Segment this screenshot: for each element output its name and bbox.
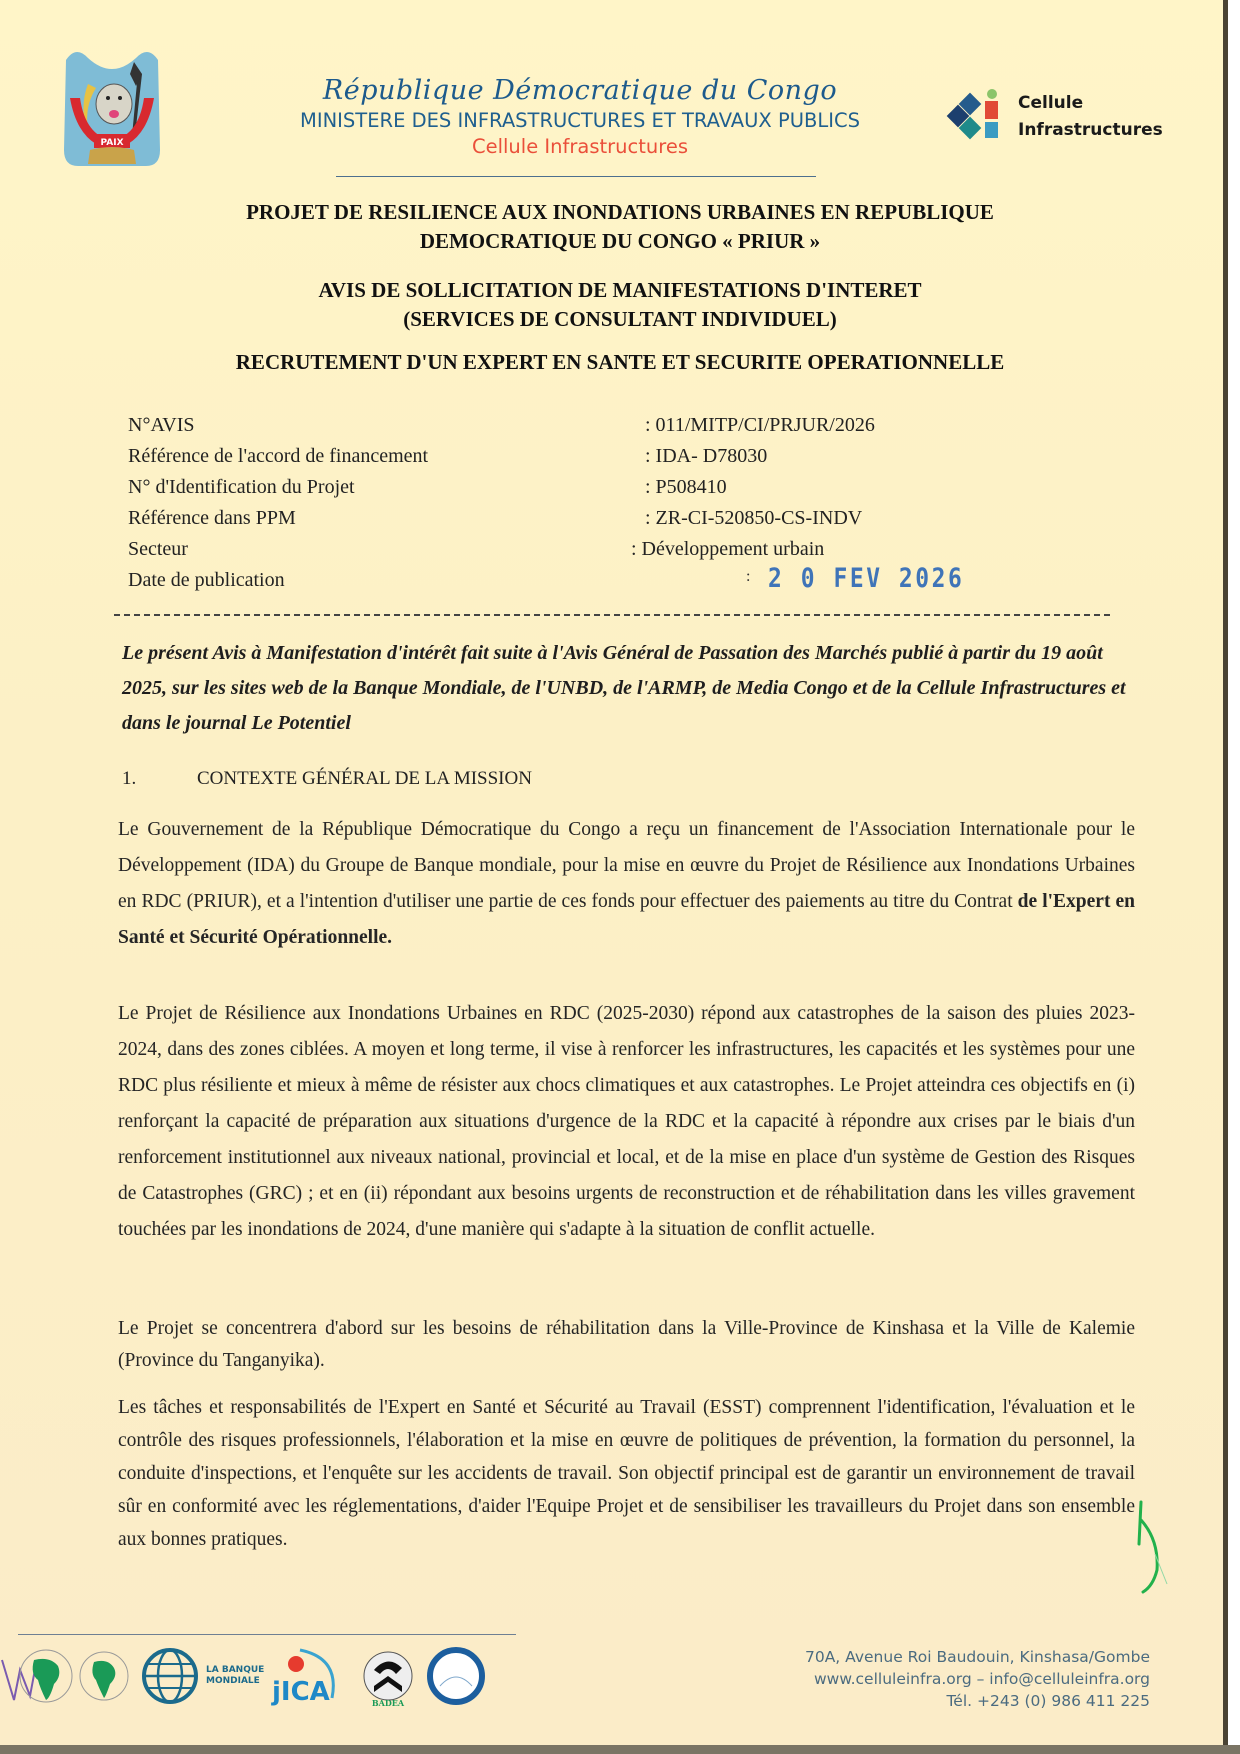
afdf-logo-icon bbox=[80, 1652, 128, 1700]
svg-text:BADEA: BADEA bbox=[372, 1698, 405, 1708]
dashed-divider bbox=[114, 614, 1110, 616]
footer-web-email[interactable]: www.celluleinfra.org – info@celluleinfra… bbox=[720, 1668, 1150, 1690]
info-row-project-id: N° d'Identification du Projet : P508410 bbox=[128, 472, 1088, 503]
paragraph-text: Le Gouvernement de la République Démocra… bbox=[118, 819, 1135, 912]
scan-margin bbox=[1233, 0, 1240, 1754]
info-row-sector: Secteur : Développement urbain bbox=[128, 534, 1088, 565]
letterhead: République Démocratique du Congo MINISTE… bbox=[250, 74, 910, 160]
svg-text:OFID: OFID bbox=[444, 1655, 469, 1665]
section-title: CONTEXTE GÉNÉRAL DE LA MISSION bbox=[197, 768, 532, 789]
date-stamp: 2 0 FEV 2026 bbox=[768, 563, 964, 594]
world-bank-logo-icon: LA BANQUE MONDIALE bbox=[144, 1650, 264, 1702]
section-heading: 1.CONTEXTE GÉNÉRAL DE LA MISSION bbox=[122, 768, 532, 790]
info-row-ppm: Référence dans PPM : ZR-CI-520850-CS-IND… bbox=[128, 503, 1088, 534]
info-row-financing: Référence de l'accord de financement : I… bbox=[128, 441, 1088, 472]
info-value: : P508410 bbox=[645, 472, 727, 503]
info-label: Référence de l'accord de financement bbox=[128, 441, 428, 472]
info-row-date: Date de publication : 2 0 FEV 2026 bbox=[128, 565, 1088, 596]
info-label: Date de publication bbox=[128, 565, 285, 596]
section-number: 1. bbox=[122, 768, 197, 790]
paragraph-expert-tasks: Les tâches et responsabilités de l'Exper… bbox=[118, 1391, 1135, 1556]
svg-text:LA BANQUE: LA BANQUE bbox=[206, 1665, 264, 1675]
ofid-logo-icon: OFID bbox=[430, 1650, 482, 1702]
handwritten-mark-icon bbox=[1133, 1500, 1173, 1600]
ci-logo-line2: Infrastructures bbox=[1018, 117, 1163, 144]
notice-title-line1: AVIS DE SOLLICITATION DE MANIFESTATIONS … bbox=[150, 276, 1090, 305]
notice-reference-text: Le présent Avis à Manifestation d'intérê… bbox=[122, 636, 1132, 741]
info-colon: : bbox=[746, 561, 750, 592]
notice-info-table: N°AVIS : 011/MITP/CI/PRJUR/2026 Référenc… bbox=[128, 410, 1088, 596]
scan-bottom-edge bbox=[0, 1745, 1240, 1754]
svg-text:PAIX: PAIX bbox=[100, 138, 123, 148]
project-title-line2: DEMOCRATIQUE DU CONGO « PRIUR » bbox=[150, 227, 1090, 256]
document-page: PAIX République Démocratique du Congo MI… bbox=[0, 0, 1228, 1745]
info-value: : 011/MITP/CI/PRJUR/2026 bbox=[645, 410, 875, 441]
unit-name: Cellule Infrastructures bbox=[250, 134, 910, 160]
info-label: Secteur bbox=[128, 534, 188, 565]
info-label: N°AVIS bbox=[128, 410, 195, 441]
partner-logos: LA BANQUE MONDIALE jICA BADEA OFID bbox=[0, 1640, 520, 1710]
info-label: N° d'Identification du Projet bbox=[128, 472, 355, 503]
footer-address: 70A, Avenue Roi Baudouin, Kinshasa/Gombe bbox=[720, 1646, 1150, 1668]
ci-logo-text: Cellule Infrastructures bbox=[1018, 90, 1163, 144]
coat-of-arms-icon: PAIX bbox=[56, 40, 168, 172]
notice-title-line2: (SERVICES DE CONSULTANT INDIVIDUEL) bbox=[150, 305, 1090, 334]
paragraph-project-objectives: Le Projet de Résilience aux Inondations … bbox=[118, 996, 1135, 1248]
info-label: Référence dans PPM bbox=[128, 503, 296, 534]
info-row-avis: N°AVIS : 011/MITP/CI/PRJUR/2026 bbox=[128, 410, 1088, 441]
paragraph-project-focus: Le Projet se concentrera d'abord sur les… bbox=[118, 1313, 1135, 1377]
info-value: : IDA- D78030 bbox=[645, 441, 767, 472]
footer-phone: Tél. +243 (0) 986 411 225 bbox=[720, 1690, 1150, 1712]
svg-text:jICA: jICA bbox=[271, 1677, 330, 1707]
ci-logo-line1: Cellule bbox=[1018, 90, 1163, 117]
ministry-name: MINISTERE DES INFRASTRUCTURES ET TRAVAUX… bbox=[250, 108, 910, 134]
badea-logo-icon: BADEA bbox=[364, 1652, 412, 1708]
recruitment-title: RECRUTEMENT D'UN EXPERT EN SANTE ET SECU… bbox=[150, 348, 1090, 377]
country-name: République Démocratique du Congo bbox=[250, 74, 910, 108]
document-titles: PROJET DE RESILIENCE AUX INONDATIONS URB… bbox=[150, 198, 1090, 377]
afdb-logo-icon bbox=[20, 1650, 72, 1702]
paragraph-financing: Le Gouvernement de la République Démocra… bbox=[118, 812, 1135, 956]
info-value: : ZR-CI-520850-CS-INDV bbox=[645, 503, 862, 534]
header-divider bbox=[336, 176, 816, 177]
footer-contact: 70A, Avenue Roi Baudouin, Kinshasa/Gombe… bbox=[720, 1646, 1150, 1712]
footer-divider bbox=[18, 1634, 516, 1635]
info-value: : Développement urbain bbox=[631, 534, 824, 565]
svg-text:MONDIALE: MONDIALE bbox=[206, 1676, 260, 1686]
jica-logo-icon: jICA bbox=[271, 1650, 333, 1707]
project-title-line1: PROJET DE RESILIENCE AUX INONDATIONS URB… bbox=[150, 198, 1090, 227]
